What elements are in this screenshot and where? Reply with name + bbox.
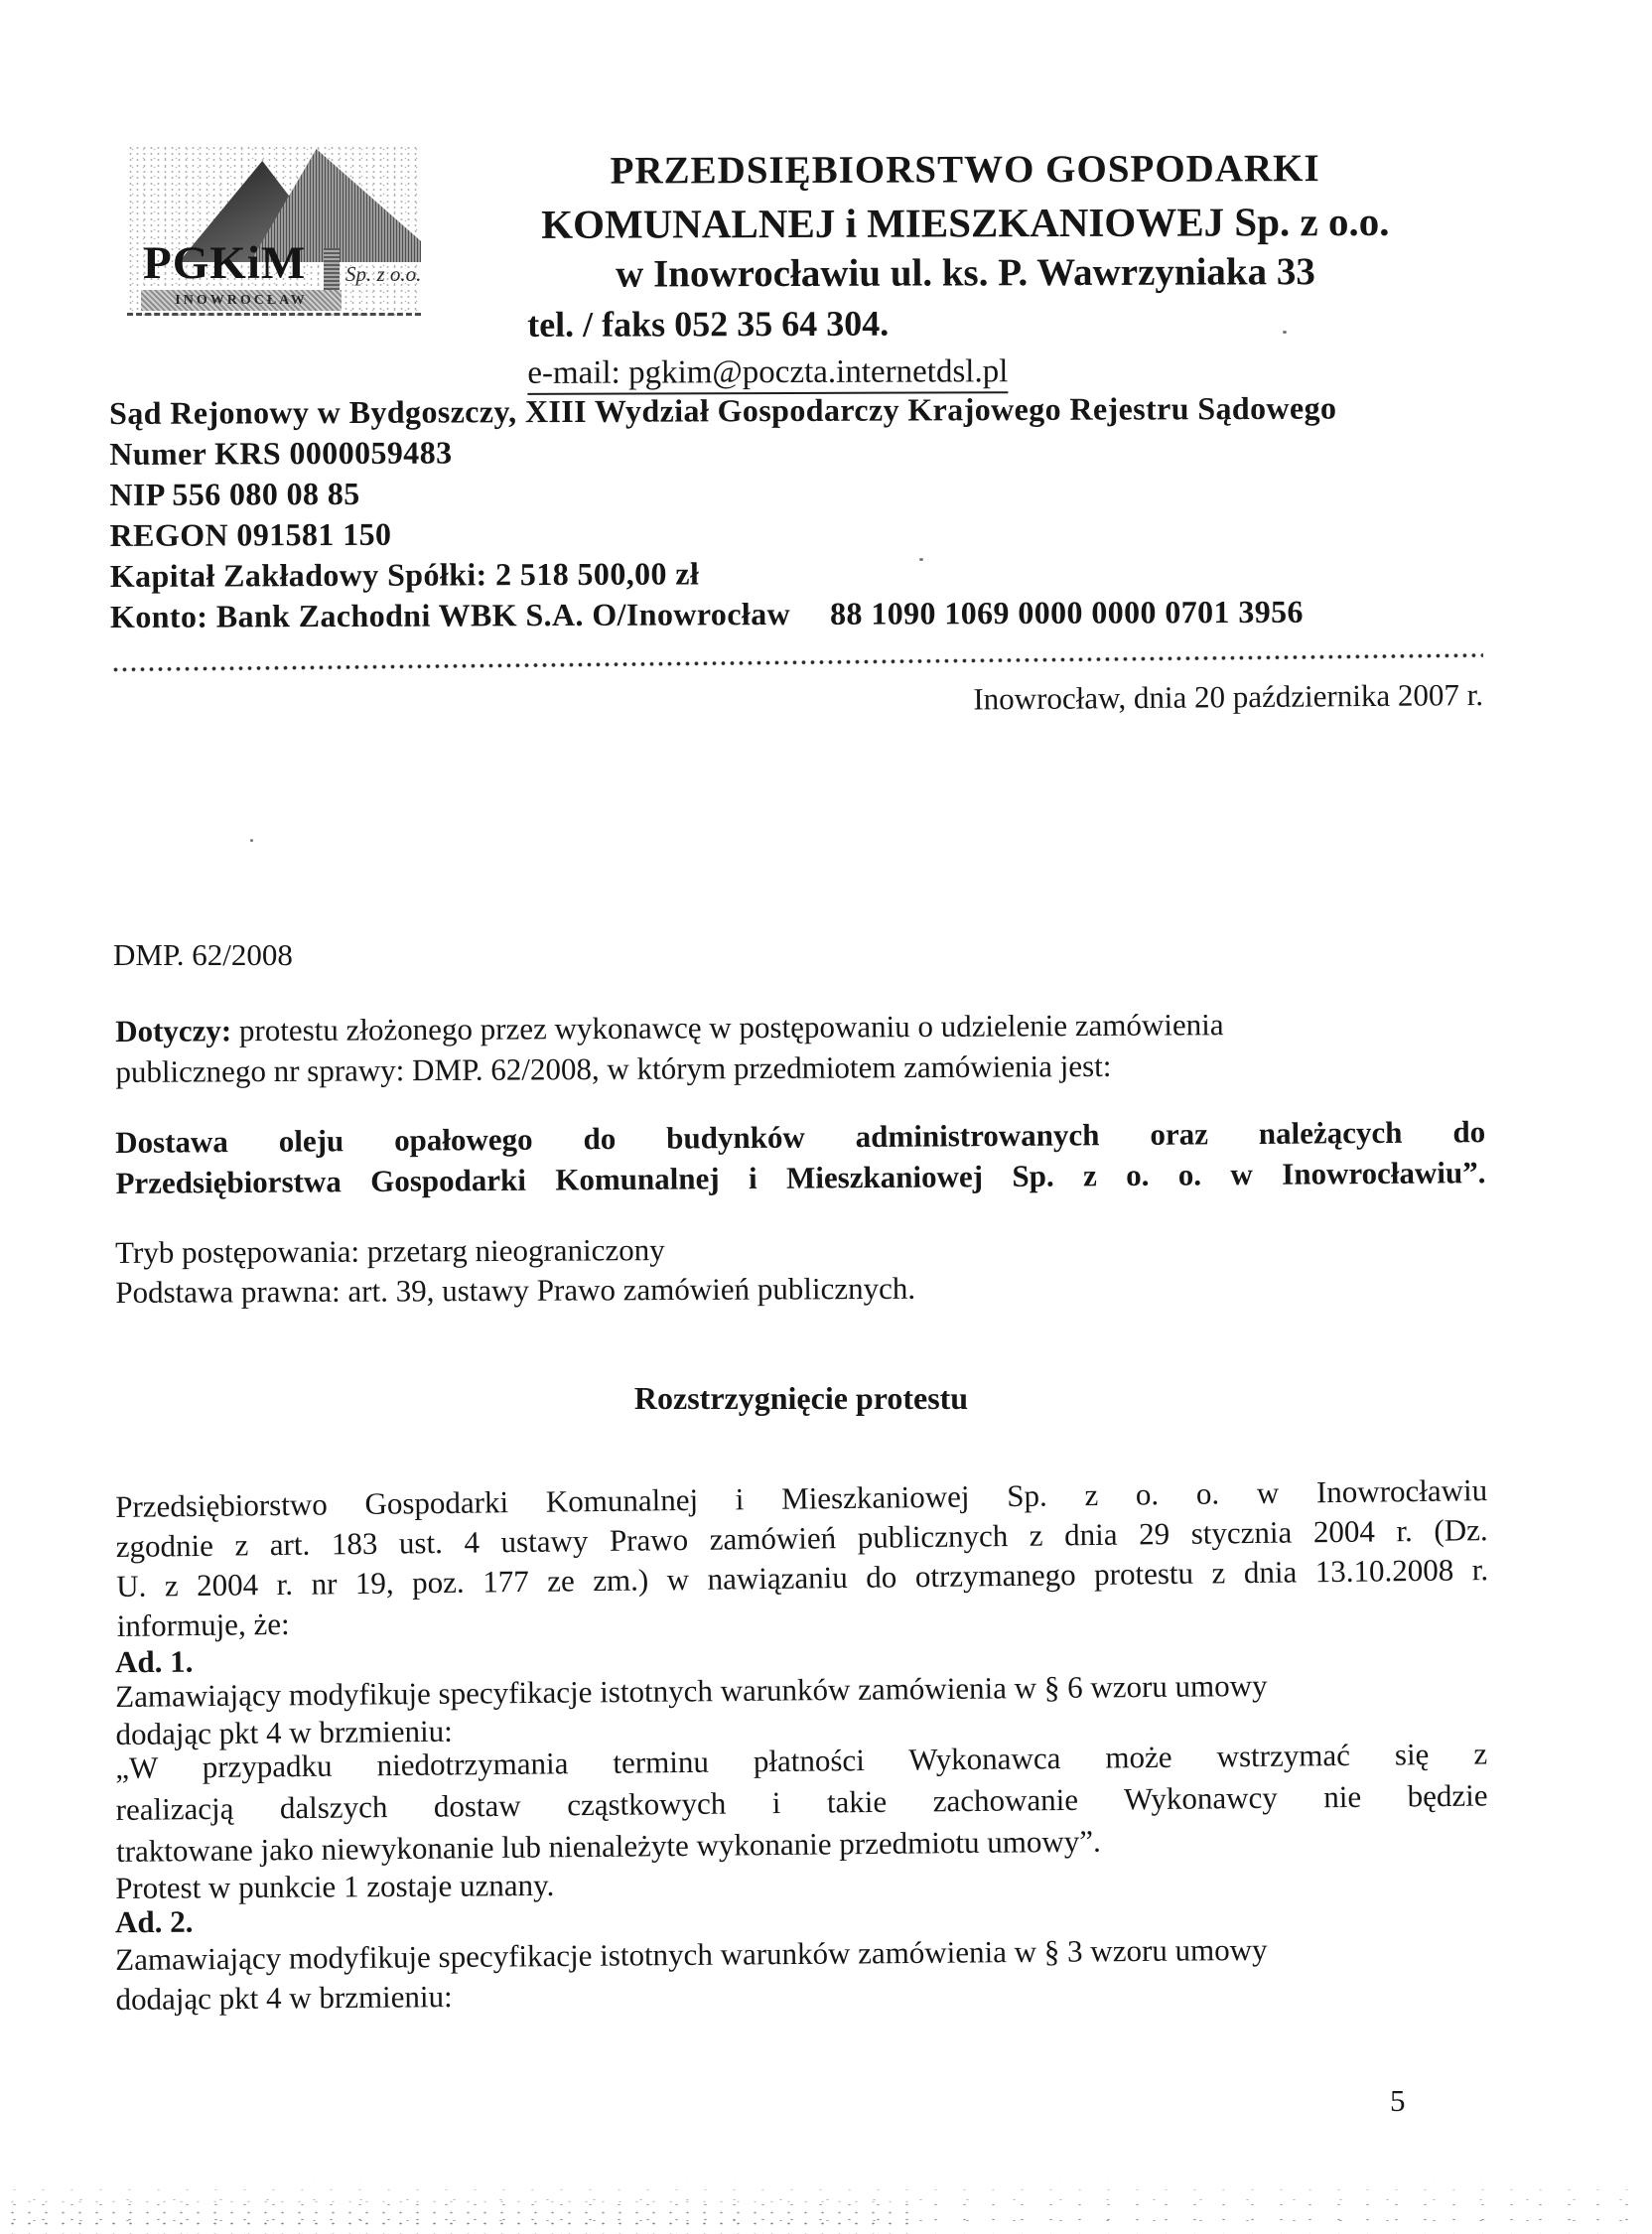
- registry-account-line: Konto: Bank Zachodni WBK S.A. O/Inowrocł…: [110, 591, 1500, 637]
- company-phone-line: tel. / faks 052 35 64 304.: [501, 301, 1430, 355]
- procedure-legal-basis-line: Podstawa prawna: art. 39, ustawy Prawo z…: [115, 1266, 1485, 1313]
- account-label: Konto: Bank Zachodni WBK S.A. O/Inowrocł…: [110, 596, 790, 634]
- registry-krs-line: Numer KRS 0000059483: [109, 428, 1499, 475]
- company-name-line-2: KOMUNALNEJ i MIESZKANIOWEJ Sp. z o.o.: [501, 198, 1430, 252]
- ad2-text-paragraph: Zamawiający modyfikuje specyfikacje isto…: [115, 1928, 1488, 2020]
- logo-city-label: INOWROCŁAW: [141, 290, 342, 311]
- scanned-letter-page: PGKiM Sp. z o.o. INOWROCŁAW PRZEDSIĘBIOR…: [0, 0, 1652, 2234]
- logo-company-suffix: Sp. z o.o.: [345, 262, 421, 287]
- dotted-separator: [111, 653, 1483, 672]
- scan-speck-artifact: [1283, 331, 1287, 334]
- order-title-paragraph: Dostawa oleju opałowego do budynków admi…: [115, 1111, 1486, 1203]
- subject-label: Dotyczy:: [115, 1013, 231, 1048]
- company-logo: PGKiM Sp. z o.o. INOWROCŁAW: [127, 145, 421, 316]
- company-address-line: w Inowrocławiu ul. ks. P. Wawrzyniaka 33: [501, 249, 1430, 304]
- letterhead-company-block: PRZEDSIĘBIORSTWO GOSPODARKI KOMUNALNEJ i…: [501, 146, 1431, 407]
- ruling-heading: Rozstrzygnięcie protestu: [115, 1380, 1487, 1417]
- registry-nip-line: NIP 556 080 08 85: [109, 469, 1499, 515]
- ruling-intro-paragraph: Przedsiębiorstwo Gospodarki Komunalnej i…: [115, 1470, 1489, 1646]
- subject-line-1-rest: protestu złożonego przez wykonawcę w pos…: [231, 1007, 1224, 1047]
- scan-noise-band-dense: [0, 2192, 908, 2234]
- account-number: 88 1090 1069 0000 0000 0701 3956: [830, 594, 1304, 631]
- subject-paragraph: Dotyczy: protestu złożonego przez wykona…: [115, 1003, 1487, 1092]
- registry-court-line: Sąd Rejonowy w Bydgoszczy, XIII Wydział …: [109, 387, 1499, 434]
- ad1-label: Ad. 1.: [115, 1644, 194, 1681]
- page-number: 5: [1390, 2083, 1406, 2119]
- scan-speck-artifact: [250, 839, 253, 842]
- subject-line-2: publicznego nr sprawy: DMP. 62/2008, w k…: [115, 1044, 1487, 1092]
- company-registry-block: Sąd Rejonowy w Bydgoszczy, XIII Wydział …: [109, 387, 1500, 637]
- scan-speck-artifact: [919, 558, 923, 561]
- ad1-result-line: Protest w punkcie 1 zostaje uznany.: [115, 1868, 554, 1906]
- company-name-line-1: PRZEDSIĘBIORSTWO GOSPODARKI: [501, 146, 1430, 201]
- registry-regon-line: REGON 091581 150: [110, 509, 1500, 556]
- registry-capital-line: Kapitał Zakładowy Spółki: 2 518 500,00 z…: [110, 550, 1500, 597]
- place-and-date-line: Inowrocław, dnia 20 października 2007 r.: [111, 677, 1483, 725]
- procedure-block: Tryb postępowania: przetarg nieograniczo…: [115, 1226, 1485, 1313]
- ad1-quote-paragraph: „W przypadku niedotrzymania terminu płat…: [115, 1734, 1488, 1873]
- logo-acronym: PGKiM: [143, 236, 306, 290]
- case-number: DMP. 62/2008: [113, 937, 293, 973]
- ad2-label: Ad. 2.: [115, 1904, 194, 1941]
